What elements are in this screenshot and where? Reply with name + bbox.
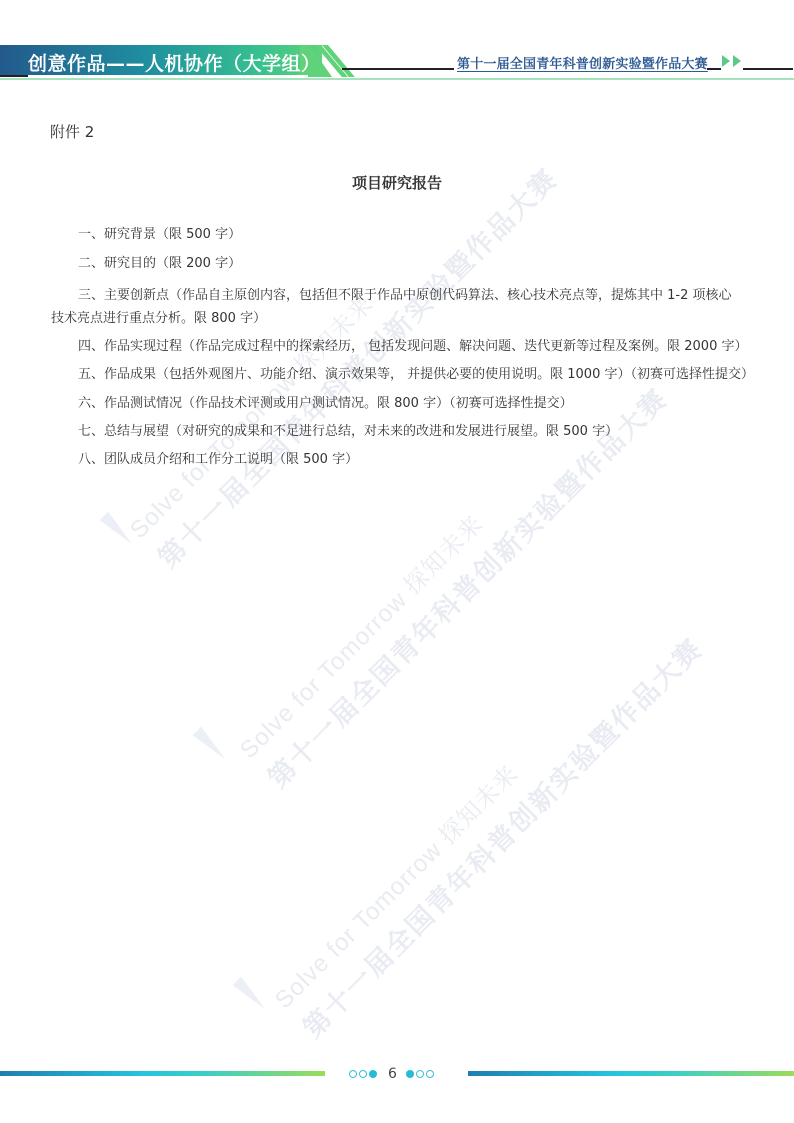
footer-bar-right [468,1071,794,1076]
watermark-text: Solve for Tomorrow 探知未来 第十一届全国青年科普创新实验暨作… [265,600,710,1045]
outline-item: 五、作品成果（包括外观图片、功能介绍、演示效果等， 并提供必要的使用说明。限 1… [78,364,754,386]
play-arrow-icon [733,55,741,67]
outline-item: 七、总结与展望（对研究的成果和不足进行总结，对未来的改进和发展进行展望。限 50… [78,421,618,443]
watermark-english: Solve for Tomorrow 探知未来 [235,510,489,764]
header-divider [0,78,794,80]
outline-item-text: 一、研究背景（限 500 字） [78,227,241,242]
header-right-title: 第十一届全国青年科普创新实验暨作品大赛 [457,53,708,72]
header-rule [707,68,721,70]
header-title-underline [28,75,308,77]
outline-item-text: 八、团队成员介绍和工作分工说明（限 500 字） [78,452,358,467]
page-number: 6 [388,1067,397,1081]
watermark-logo-icon [193,727,230,764]
header-rule [743,68,793,70]
outline-item-text: 四、作品实现过程（作品完成过程中的探索经历， 包括发现问题、解决问题、迭代更新等… [78,339,747,354]
outline-item: 二、研究目的（限 200 字） [78,253,241,275]
attachment-label: 附件 2 [50,121,94,142]
dot-icon [406,1070,414,1078]
watermark-text: Solve for Tomorrow 探知未来 第十一届全国青年科普创新实验暨作… [230,350,675,795]
document-title: 项目研究报告 [0,172,794,193]
dot-icon [426,1070,434,1078]
header-rule [0,75,30,77]
header-arrows [722,55,744,69]
page-header: 创意作品——人机协作（大学组） 第十一届全国青年科普创新实验暨作品大赛 [0,0,794,90]
watermark-english: Solve for Tomorrow 探知未来 [270,760,524,1014]
outline-item: 六、作品测试情况（作品技术评测或用户测试情况。限 800 字）（初赛可选择性提交… [78,393,573,415]
page-indicator: 6 [349,1067,436,1081]
dot-icon [349,1070,357,1078]
outline-item-text: 七、总结与展望（对研究的成果和不足进行总结，对未来的改进和发展进行展望。限 50… [78,424,618,439]
watermark-logo-icon [233,977,270,1014]
header-rule [342,68,454,70]
outline-item-text: 二、研究目的（限 200 字） [78,256,241,271]
outline-item-text: 六、作品测试情况（作品技术评测或用户测试情况。限 800 字）（初赛可选择性提交… [78,396,573,411]
outline-item: 八、团队成员介绍和工作分工说明（限 500 字） [78,449,358,471]
outline-item-continuation: 技术亮点进行重点分析。限 800 字） [51,307,750,330]
watermark: Solve for Tomorrow 探知未来 第十一届全国青年科普创新实验暨作… [0,0,794,1123]
watermark-logo-icon [100,512,137,549]
watermark-chinese: 第十一届全国青年科普创新实验暨作品大赛 [293,628,710,1045]
outline-item-text: 五、作品成果（包括外观图片、功能介绍、演示效果等， 并提供必要的使用说明。限 1… [78,367,754,382]
footer-bar-left [0,1071,325,1076]
outline-item: 一、研究背景（限 500 字） [78,224,241,246]
play-arrow-icon [722,55,730,67]
outline-item-text: 三、主要创新点（作品自主原创内容，包括但不限于作品中原创代码算法、核心技术亮点等… [78,288,732,303]
header-left-title: 创意作品——人机协作（大学组） [28,49,321,76]
dot-icon [369,1070,377,1078]
outline-item: 三、主要创新点（作品自主原创内容，包括但不限于作品中原创代码算法、核心技术亮点等… [78,284,750,330]
outline-item: 四、作品实现过程（作品完成过程中的探索经历， 包括发现问题、解决问题、迭代更新等… [78,336,747,358]
dot-icon [359,1070,367,1078]
dot-icon [416,1070,424,1078]
